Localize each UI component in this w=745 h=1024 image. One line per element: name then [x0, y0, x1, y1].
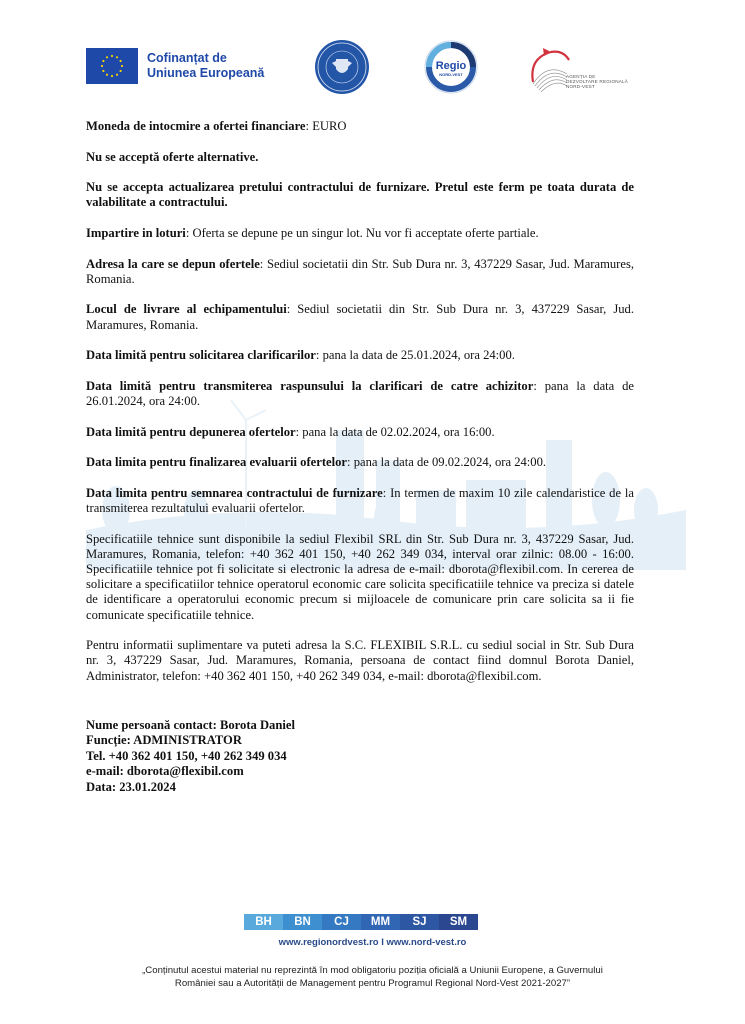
paragraph-sep: :: [383, 486, 390, 500]
paragraph-submission-deadline: Data limită pentru depunerea ofertelor: …: [86, 425, 634, 440]
paragraph-label: Adresa la care se depun ofertele: [86, 257, 260, 271]
document-body: Moneda de intocmire a ofertei financiare…: [86, 119, 634, 699]
paragraph-additional-info: Pentru informatii suplimentare va puteti…: [86, 638, 634, 684]
paragraph-label: Data limită pentru solicitarea clarifica…: [86, 348, 316, 362]
disclaimer-line1: „Conținutul acestui material nu reprezin…: [0, 964, 745, 977]
footer-disclaimer: „Conținutul acestui material nu reprezin…: [0, 964, 745, 990]
paragraph-label: Impartire in loturi: [86, 226, 186, 240]
paragraph-signing-deadline: Data limita pentru semnarea contractului…: [86, 486, 634, 516]
paragraph-currency: Moneda de intocmire a ofertei financiare…: [86, 119, 634, 134]
county-sm: SM: [439, 914, 478, 930]
contact-email: e-mail: dborota@flexibil.com: [86, 764, 295, 779]
paragraph-sep: :: [260, 257, 267, 271]
paragraph-label: Nu se accepta actualizarea pretului cont…: [86, 180, 634, 209]
paragraph-sep: :: [533, 379, 544, 393]
svg-text:Regio: Regio: [436, 60, 467, 72]
county-sj: SJ: [400, 914, 439, 930]
paragraph-label: Moneda de intocmire a ofertei financiare: [86, 119, 306, 133]
regio-nord-vest-logo: Regio NORD-VEST: [423, 39, 479, 95]
paragraph-price-update: Nu se accepta actualizarea pretului cont…: [86, 180, 634, 210]
paragraph-label: Locul de livrare al echipamentului: [86, 302, 287, 316]
paragraph-text: pana la data de 02.02.2024, ora 16:00.: [302, 425, 494, 439]
adr-nord-vest-logo: [525, 44, 645, 98]
paragraph-alternative-offers: Nu se acceptă oferte alternative.: [86, 150, 634, 165]
eu-text-line1: Cofinanțat de: [147, 51, 264, 66]
county-mm: MM: [361, 914, 400, 930]
paragraph-text: Specificatiile tehnice sunt disponibile …: [86, 532, 634, 622]
paragraph-response-deadline: Data limită pentru transmiterea raspunsu…: [86, 379, 634, 409]
paragraph-sep: :: [287, 302, 298, 316]
paragraph-sep: :: [347, 455, 354, 469]
svg-text:NORD-VEST: NORD-VEST: [439, 72, 463, 77]
county-cj: CJ: [322, 914, 361, 930]
paragraph-text: EURO: [312, 119, 346, 133]
paragraph-sep: :: [316, 348, 323, 362]
paragraph-evaluation-deadline: Data limita pentru finalizarea evaluarii…: [86, 455, 634, 470]
county-bar: BH BN CJ MM SJ SM: [244, 914, 478, 930]
adr-label: AGENȚIA DE DEZVOLTARE REGIONALĂ NORD-VES…: [566, 74, 628, 89]
adr-line3: NORD-VEST: [566, 84, 628, 89]
paragraph-label: Nu se acceptă oferte alternative.: [86, 150, 258, 164]
contact-signature-block: Nume persoană contact: Borota Daniel Fun…: [86, 718, 295, 795]
paragraph-text: pana la data de 09.02.2024, ora 24:00.: [354, 455, 546, 469]
paragraph-text: Oferta se depune pe un singur lot. Nu vo…: [192, 226, 538, 240]
paragraph-delivery-location: Locul de livrare al echipamentului: Sedi…: [86, 302, 634, 332]
paragraph-label: Data limită pentru transmiterea raspunsu…: [86, 379, 533, 393]
disclaimer-line2: României sau a Autorității de Management…: [0, 977, 745, 990]
eu-flag-logo: [86, 48, 138, 84]
contact-function: Funcție: ADMINISTRATOR: [86, 733, 295, 748]
paragraph-label: Data limită pentru depunerea ofertelor: [86, 425, 296, 439]
paragraph-text: pana la data de 25.01.2024, ora 24:00.: [323, 348, 515, 362]
eu-text-line2: Uniunea Europeană: [147, 66, 264, 81]
contact-name: Nume persoană contact: Borota Daniel: [86, 718, 295, 733]
paragraph-label: Data limita pentru semnarea contractului…: [86, 486, 383, 500]
paragraph-lots: Impartire in loturi: Oferta se depune pe…: [86, 226, 634, 241]
paragraph-submission-address: Adresa la care se depun ofertele: Sediul…: [86, 257, 634, 287]
contact-phone: Tel. +40 362 401 150, +40 262 349 034: [86, 749, 295, 764]
eu-cofinancing-label: Cofinanțat de Uniunea Europeană: [147, 51, 264, 81]
county-bh: BH: [244, 914, 283, 930]
county-bn: BN: [283, 914, 322, 930]
document-date: Data: 23.01.2024: [86, 780, 295, 795]
paragraph-text: Pentru informatii suplimentare va puteti…: [86, 638, 634, 682]
footer-urls[interactable]: www.regionordvest.ro I www.nord-vest.ro: [0, 937, 745, 948]
paragraph-label: Data limita pentru finalizarea evaluarii…: [86, 455, 347, 469]
romanian-government-seal-logo: [314, 39, 370, 95]
paragraph-clarification-deadline: Data limită pentru solicitarea clarifica…: [86, 348, 634, 363]
paragraph-technical-specs: Specificatiile tehnice sunt disponibile …: [86, 532, 634, 623]
